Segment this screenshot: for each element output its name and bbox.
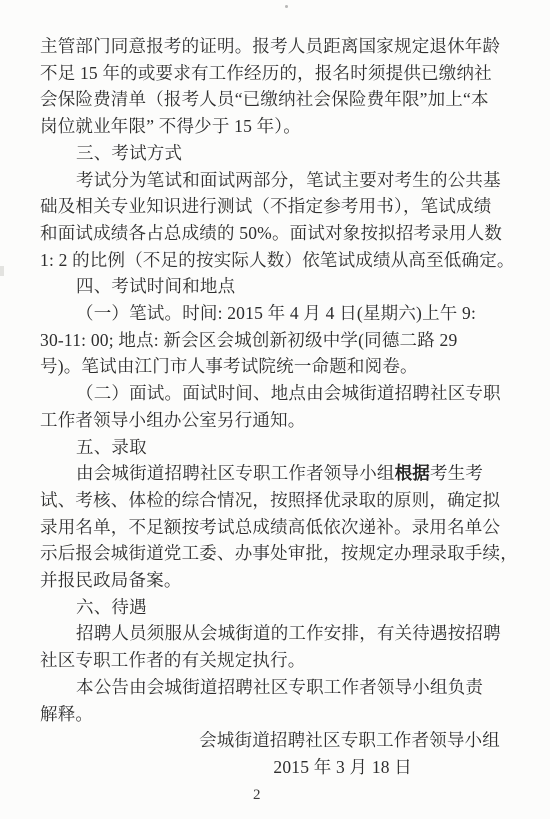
document-body: 主管部门同意报考的证明。报考人员距离国家规定退休年龄 不足 15 年的或要求有工… [40,33,516,781]
scan-artifact-speck [285,5,288,8]
doc-line: 主管部门同意报考的证明。报考人员距离国家规定退休年龄 [40,33,516,60]
doc-line: 由会城街道招聘社区专职工作者领导小组根据考生考 [40,460,516,487]
section-heading-admission: 五、录取 [40,434,516,461]
emphasized-text: 根据 [395,463,430,483]
doc-line: 工作者领导小组办公室另行通知。 [40,407,516,434]
section-heading-benefits: 六、待遇 [40,594,516,621]
line-text: 考生考 [430,463,483,483]
doc-line: 录用名单，不足额按考试总成绩高低依次递补。录用名单公 [40,514,516,541]
signature-organization: 会城街道招聘社区专职工作者领导小组 [40,727,516,754]
page-number: 2 [253,787,261,804]
doc-line: 考试分为笔试和面试两部分，笔试主要对考生的公共基 [40,167,516,194]
section-heading-exam-method: 三、考试方式 [40,140,516,167]
doc-line: （二）面试。面试时间、地点由会城街道招聘社区专职 [40,380,516,407]
doc-line: 招聘人员须服从会城街道的工作安排，有关待遇按招聘 [40,620,516,647]
doc-line: 1: 2 的比例（不足的按实际人数）依笔试成绩从高至低确定。 [40,247,516,274]
doc-line: 不足 15 年的或要求有工作经历的，报名时须提供已缴纳社 [40,60,516,87]
doc-line: 本公告由会城街道招聘社区专职工作者领导小组负责 [40,674,516,701]
doc-line: 会保险费清单（报考人员“已缴纳社会保险费年限”加上“本 [40,86,516,113]
doc-line: 解释。 [40,701,516,728]
doc-line: （一）笔试。时间: 2015 年 4 月 4 日(星期六)上午 9: [40,300,516,327]
doc-line: 号)。笔试由江门市人事考试院统一命题和阅卷。 [40,353,516,380]
scan-artifact-smudge [0,266,4,276]
line-text: 由会城街道招聘社区专职工作者领导小组 [76,463,395,483]
doc-line: 岗位就业年限” 不得少于 15 年）。 [40,113,516,140]
doc-line: 础及相关专业知识进行测试（不指定参考用书），笔试成绩 [40,193,516,220]
doc-line: 社区专职工作者的有关规定执行。 [40,647,516,674]
doc-line: 示后报会城街道党工委、办事处审批，按规定办理录取手续， [40,540,516,567]
doc-line: 30-11: 00; 地点: 新会区会城创新初级中学(同德二路 29 [40,327,516,354]
doc-line: 并报民政局备案。 [40,567,516,594]
signature-date: 2015 年 3 月 18 日 [40,754,516,781]
section-heading-exam-time-place: 四、考试时间和地点 [40,273,516,300]
doc-line: 和面试成绩各占总成绩的 50%。面试对象按拟招考录用人数 [40,220,516,247]
document-page: 主管部门同意报考的证明。报考人员距离国家规定退休年龄 不足 15 年的或要求有工… [0,0,550,819]
doc-line: 试、考核、体检的综合情况，按照择优录取的原则，确定拟 [40,487,516,514]
